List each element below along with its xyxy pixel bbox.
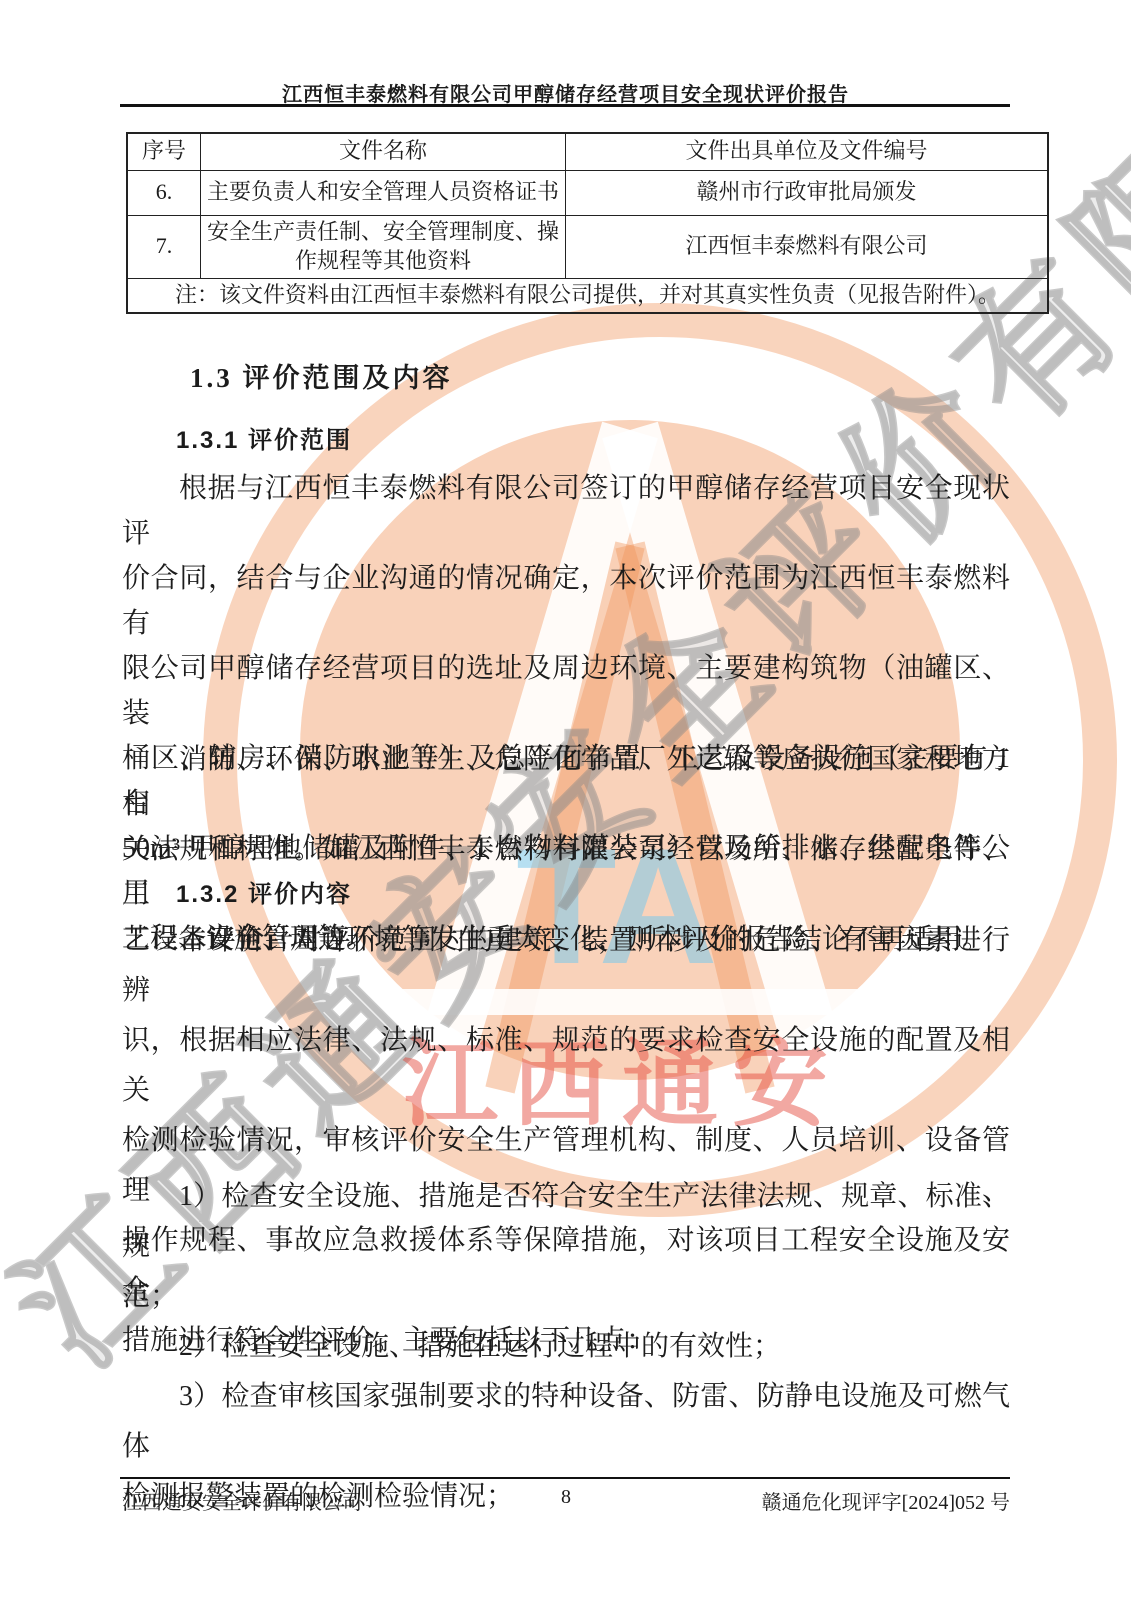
body-line: 根据与江西恒丰泰燃料有限公司签订的甲醇储存经营项目安全现状评 — [122, 466, 1010, 556]
cell-row-no: 6. — [127, 170, 201, 215]
body-line: 价合同，结合与企业沟通的情况确定，本次评价范围为江西恒丰泰燃料有 — [122, 556, 1010, 646]
table-note-row: 注：该文件资料由江西恒丰泰燃料有限公司提供，并对其真实性负责（见报告附件）。 — [127, 278, 1048, 313]
list-item-line: 2）检查安全设施、措施在运行过程中的有效性； — [122, 1322, 1010, 1372]
list-item-line: 3）检查审核国家强制要求的特种设备、防雷、防静电设施及可燃气体 — [122, 1372, 1010, 1472]
section-heading-1-3: 1.3 评价范围及内容 — [190, 356, 453, 395]
footer-document-number: 赣通危化现评字[2024]052 号 — [762, 1486, 1010, 1515]
section-heading-1-3-1: 1.3.1 评价范围 — [176, 420, 352, 455]
report-page: 江西通安安全评价有限公司 TA 江西通安 江西恒丰泰燃料有限公司甲醇储存经营项目… — [0, 0, 1131, 1600]
cell-doc-name: 主要负责人和安全管理人员资格证书 — [201, 170, 566, 215]
column-header-name: 文件名称 — [201, 133, 566, 170]
table-note: 注：该文件资料由江西恒丰泰燃料有限公司提供，并对其真实性负责（见报告附件）。 — [127, 278, 1048, 313]
cell-doc-issuer: 江西恒丰泰燃料有限公司 — [566, 215, 1049, 278]
table-row: 6. 主要负责人和安全管理人员资格证书 赣州市行政审批局颁发 — [127, 170, 1048, 215]
section-heading-1-3-2: 1.3.2 评价内容 — [176, 874, 352, 909]
column-header-no: 序号 — [127, 133, 201, 170]
column-header-issuer: 文件出具单位及文件编号 — [566, 133, 1049, 170]
list-item-line: 1）检查安全设施、措施是否符合安全生产法律法规、规章、标准、规 — [122, 1172, 1010, 1272]
body-line: 识，根据相应法律、法规、标准、规范的要求检查安全设施的配置及相关 — [122, 1016, 1010, 1116]
footer-company-name: 江西通安安全评价有限公司 — [122, 1486, 362, 1515]
cell-doc-name: 安全生产责任制、安全管理制度、操作规程等其他资料 — [201, 215, 566, 278]
body-line: 限公司甲醇储存经营项目的选址及周边环境、主要建构筑物（油罐区、装 — [122, 646, 1010, 736]
cell-doc-issuer: 赣州市行政审批局颁发 — [566, 170, 1049, 215]
body-line: 消防、环保、职业卫生、危险化学品厂外运输等应执行国家和地方相 — [122, 737, 1010, 827]
header-rule — [120, 104, 1010, 107]
list-item-line: 范； — [122, 1272, 1010, 1322]
numbered-items-list: 1）检查安全设施、措施是否符合安全生产法律法规、规章、标准、规 范； 2）检查安… — [122, 1172, 1010, 1522]
footer-rule — [120, 1477, 1010, 1479]
body-line: 本评价针对评价范围内的建筑、装置所涉及的危险、有害因素进行辨 — [122, 916, 1010, 1016]
cell-row-no: 7. — [127, 215, 201, 278]
table-header-row: 序号 文件名称 文件出具单位及文件编号 — [127, 133, 1048, 170]
document-list-table: 序号 文件名称 文件出具单位及文件编号 6. 主要负责人和安全管理人员资格证书 … — [126, 132, 1049, 314]
page-header-title: 江西恒丰泰燃料有限公司甲醇储存经营项目安全现状评价报告 — [0, 78, 1131, 107]
page-footer: 8 江西通安安全评价有限公司 赣通危化现评字[2024]052 号 — [122, 1486, 1010, 1515]
table-row: 7. 安全生产责任制、安全管理制度、操作规程等其他资料 江西恒丰泰燃料有限公司 — [127, 215, 1048, 278]
